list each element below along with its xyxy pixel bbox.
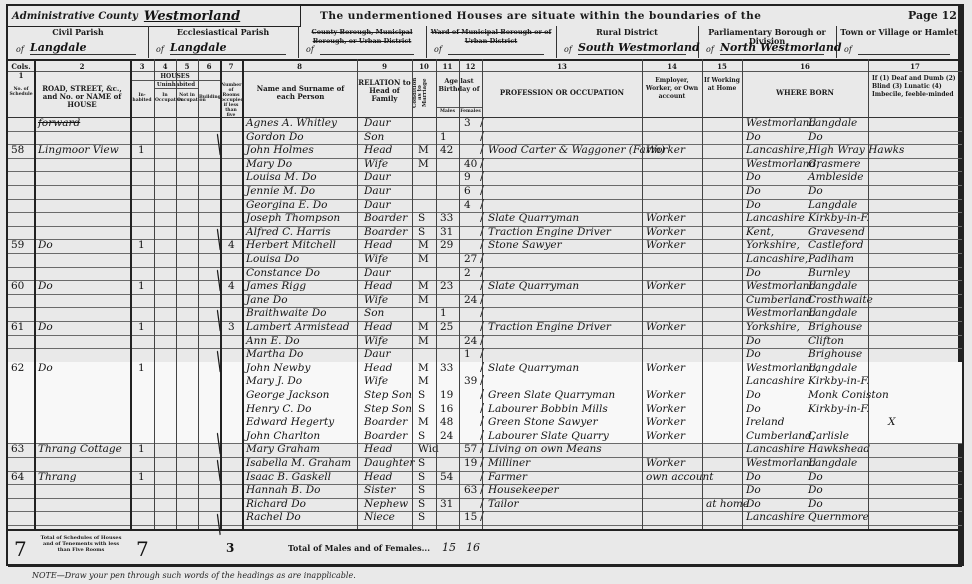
table-row: Georgina E. DoDaur4DoLangdale/: [8, 199, 962, 213]
row-address: Lingmoor View: [38, 144, 119, 156]
census-page: Administrative County Westmorland The un…: [0, 0, 972, 584]
row-name: John Newby: [246, 362, 310, 374]
row-relation: Head: [364, 280, 392, 292]
row-condition: M: [418, 362, 429, 374]
row-name: Herbert Mitchell: [246, 239, 336, 251]
row-occupation: Slate Quarryman: [488, 362, 579, 374]
row-age-females: 24: [464, 335, 477, 347]
col-num-4: 4: [154, 62, 176, 71]
row-born-county: Lancashire: [746, 212, 805, 224]
table-row: George JacksonStep SonS19Green Slate Qua…: [8, 389, 962, 403]
row-condition: S: [418, 226, 425, 238]
row-age-males: 33: [440, 362, 453, 374]
row-born-county: Westmorland: [746, 117, 816, 129]
totals-schedules-label: Total of Schedules of Houses and of Tene…: [36, 535, 126, 553]
row-born-place: Hawkshead: [808, 443, 870, 455]
row-born-place: Gravesend: [808, 226, 865, 238]
column-divider: [742, 59, 743, 529]
row-relation: Wife: [364, 335, 388, 347]
row-condition: S: [418, 430, 425, 442]
row-condition: M: [418, 280, 429, 292]
row-occupation: Green Slate Quarryman: [488, 389, 615, 401]
row-born-place: Castleford: [808, 239, 863, 251]
row-occupation: Living on own Means: [488, 443, 602, 455]
row-name: Mary Graham: [246, 443, 320, 455]
row-age-females: 19: [464, 457, 477, 469]
row-relation: Nephew: [364, 498, 408, 510]
row-address: Thrang Cottage: [38, 443, 122, 455]
header-building: Building: [199, 95, 219, 100]
row-age-females: 24: [464, 294, 477, 306]
page-number: Page 12: [908, 9, 957, 22]
row-born-county: Do: [746, 335, 761, 347]
table-row: Louisa M. DoDaur9DoAmbleside/: [8, 171, 962, 185]
row-name: Braithwaite Do: [246, 307, 326, 319]
row-name: Gordon Do: [246, 131, 304, 143]
row-condition: M: [418, 375, 429, 387]
row-born-place: Langdale: [808, 362, 857, 374]
row-relation: Step Son: [364, 403, 412, 415]
table-row: 61Do13Lambert ArmisteadHeadM25Traction E…: [8, 321, 962, 335]
table-row: 64Thrang1Isaac B. GaskellHeadS54Farmerow…: [8, 471, 962, 485]
row-age-males: 42: [440, 144, 453, 156]
row-born-place: Kirkby-in-F.: [808, 212, 869, 224]
row-born-place: Quernmore: [808, 511, 869, 523]
row-address: forward: [38, 117, 80, 129]
row-born-place: Langdale: [808, 117, 857, 129]
row-age-males: 54: [440, 471, 453, 483]
totals-females: 16: [466, 541, 480, 554]
row-age-females: 9: [464, 171, 471, 183]
row-born-place: Do: [808, 185, 823, 197]
row-relation: Niece: [364, 511, 395, 523]
row-schedule: 60: [11, 280, 24, 292]
table-row: Martha DoDaur1DoBrighouse/: [8, 348, 962, 362]
header-occupation: PROFESSION OR OCCUPATION: [484, 89, 640, 97]
row-inhabited: 1: [138, 443, 145, 455]
header-where-born: WHERE BORN: [744, 89, 866, 97]
row-age-females: 3: [464, 117, 471, 129]
page-title: The undermentioned Houses are situate wi…: [320, 10, 761, 22]
row-relation: Boarder: [364, 430, 407, 442]
row-occupation: Slate Quarryman: [488, 212, 579, 224]
row-relation: Daur: [364, 199, 390, 211]
row-condition: S: [418, 389, 425, 401]
row-occupation: Housekeeper: [488, 484, 559, 496]
row-condition: S: [418, 511, 425, 523]
row-born-county: Lancashire,: [746, 144, 808, 156]
row-relation: Wife: [364, 253, 388, 265]
row-born-county: Lancashire: [746, 443, 805, 455]
row-name: Jennie M. Do: [246, 185, 315, 197]
row-occupation: Traction Engine Driver: [488, 321, 611, 333]
row-born-place: Do: [808, 131, 823, 143]
row-relation: Head: [364, 362, 392, 374]
row-relation: Daur: [364, 171, 390, 183]
row-relation: Daur: [364, 117, 390, 129]
col-num-6: 6: [198, 62, 220, 71]
column-divider: [412, 59, 413, 529]
row-name: George Jackson: [246, 389, 329, 401]
row-employment: Worker: [646, 430, 685, 442]
totals-row: 7 Total of Schedules of Houses and of Te…: [8, 529, 962, 567]
row-relation: Boarder: [364, 226, 407, 238]
col-num-11: 11: [436, 62, 459, 71]
row-name: Hannah B. Do: [246, 484, 320, 496]
row-employment: Worker: [646, 212, 685, 224]
column-divider: [459, 59, 460, 529]
row-age-females: 6: [464, 185, 471, 197]
row-age-males: 1: [440, 131, 447, 143]
row-rooms: 4: [228, 280, 235, 292]
row-inhabited: 1: [138, 280, 145, 292]
row-relation: Head: [364, 443, 392, 455]
row-age-females: 4: [464, 199, 471, 211]
row-name: Edward Hegerty: [246, 416, 334, 428]
row-occupation: Green Stone Sawyer: [488, 416, 598, 428]
column-divider: [176, 59, 177, 529]
row-age-males: 19: [440, 389, 453, 401]
table-row: Isabella M. GrahamDaughterS19MillinerWor…: [8, 457, 962, 471]
row-condition: M: [418, 294, 429, 306]
row-age-females: 40: [464, 158, 477, 170]
row-condition: S: [418, 484, 425, 496]
row-address: Do: [38, 321, 53, 333]
district-parliamentary: Parliamentary Borough or Division of Nor…: [698, 26, 837, 58]
col-num-8: 8: [242, 62, 357, 71]
row-employment: Worker: [646, 144, 685, 156]
row-name: Rachel Do: [246, 511, 301, 523]
col-num-14: 14: [642, 62, 702, 71]
row-born-county: Ireland: [746, 416, 784, 428]
row-name: Isaac B. Gaskell: [246, 471, 331, 483]
row-employment: Worker: [646, 403, 685, 415]
row-name: Mary J. Do: [246, 375, 302, 387]
census-table: Cols. 1 2 3 4 5 6 7 8 9 10 11 12 13 14 1…: [8, 59, 962, 565]
row-address: Do: [38, 280, 53, 292]
row-relation: Wife: [364, 375, 388, 387]
row-employment: Worker: [646, 362, 685, 374]
row-born-place: Langdale: [808, 457, 857, 469]
row-age-males: 24: [440, 430, 453, 442]
column-divider: [220, 59, 222, 529]
table-row: Mary DoWifeM40Westmorland,Grasmere/: [8, 158, 962, 172]
table-row: Rachel DoNieceS15LancashireQuernmore/: [8, 511, 962, 525]
row-employment: Worker: [646, 280, 685, 292]
table-row: Jennie M. DoDaur6DoDo/: [8, 185, 962, 199]
column-divider: [198, 59, 199, 529]
row-born-county: Do: [746, 348, 761, 360]
row-age-males: 25: [440, 321, 453, 333]
row-relation: Daur: [364, 185, 390, 197]
table-row: Constance DoDaur2DoBurnley/: [8, 267, 962, 281]
district-civil-parish: Civil Parish of Langdale: [8, 26, 149, 58]
row-age-females: 57: [464, 443, 477, 455]
row-born-county: Cumberland,: [746, 430, 815, 442]
row-name: Joseph Thompson: [246, 212, 340, 224]
header-relation: RELATION to Head of Family: [358, 79, 411, 103]
row-schedule: 61: [11, 321, 24, 333]
row-inhabited: 1: [138, 239, 145, 251]
table-row: Ann E. DoWifeM24DoClifton/: [8, 335, 962, 349]
table-row: Henry C. DoStep SonS16Labourer Bobbin Mi…: [8, 403, 962, 417]
row-employment: Worker: [646, 226, 685, 238]
row-inhabited: 1: [138, 321, 145, 333]
row-born-place: Langdale: [808, 280, 857, 292]
row-condition: M: [418, 158, 429, 170]
row-age-females: 1: [464, 348, 471, 360]
table-row: 59Do14Herbert MitchellHeadM29Stone Sawye…: [8, 239, 962, 253]
row-infirmity: X: [888, 416, 895, 428]
column-divider: [868, 59, 869, 529]
row-name: Isabella M. Graham: [246, 457, 351, 469]
row-age-males: 48: [440, 416, 453, 428]
row-born-county: Lancashire,: [746, 253, 808, 265]
row-born-county: Do: [746, 471, 761, 483]
row-condition: M: [418, 335, 429, 347]
row-born-county: Lancashire: [746, 511, 805, 523]
row-name: Martha Do: [246, 348, 303, 360]
table-row: 63Thrang Cottage1Mary GrahamHeadWid57Liv…: [8, 443, 962, 457]
row-born-place: Langdale: [808, 199, 857, 211]
row-rooms: 4: [228, 239, 235, 251]
row-age-males: 16: [440, 403, 453, 415]
row-born-place: Do: [808, 484, 823, 496]
row-born-county: Westmorland: [746, 307, 816, 319]
district-county-borough: County Borough, Municipal Borough, or Ur…: [298, 26, 427, 58]
row-born-place: Grasmere: [808, 158, 860, 170]
header-name: Name and Surname of each Person: [248, 85, 353, 101]
header-females: Females: [459, 109, 482, 114]
column-divider: [242, 59, 244, 529]
row-relation: Daughter: [364, 457, 414, 469]
column-divider: [702, 59, 703, 529]
table-row: Richard DoNephewS31Tailorat homeDoDo/: [8, 498, 962, 512]
row-age-females: 39: [464, 375, 477, 387]
row-born-county: Do: [746, 171, 761, 183]
row-relation: Head: [364, 239, 392, 251]
footer-note: NOTE—Draw your pen through such words of…: [32, 571, 356, 580]
header-condition: Condition as to Marriage: [413, 75, 435, 111]
administrative-county-box: Administrative County Westmorland: [8, 6, 301, 27]
row-inhabited: 1: [138, 362, 145, 374]
row-born-place: Do: [808, 471, 823, 483]
row-born-place: Kirkby-in-F.: [808, 375, 869, 387]
row-rooms: 3: [228, 321, 235, 333]
row-born-county: Do: [746, 403, 761, 415]
row-born-place: High Wray Hawks: [808, 144, 904, 156]
col-num-3: 3: [130, 62, 154, 71]
row-schedule: 58: [11, 144, 24, 156]
header-in-occupation: In Occupation: [155, 93, 175, 103]
row-occupation: Stone Sawyer: [488, 239, 562, 251]
col-num-9: 9: [357, 62, 412, 71]
column-divider: [34, 59, 36, 529]
row-name: Agnes A. Whitley: [246, 117, 337, 129]
header-males: Males: [436, 109, 459, 114]
row-born-place: Monk Coniston: [808, 389, 889, 401]
table-row: Joseph ThompsonBoarderS33Slate Quarryman…: [8, 212, 962, 226]
row-employment: Worker: [646, 416, 685, 428]
row-condition: M: [418, 144, 429, 156]
table-row: forwardAgnes A. WhitleyDaur3WestmorlandL…: [8, 117, 962, 131]
district-ward: Ward of Municipal Borough or of Urban Di…: [426, 26, 557, 58]
row-condition: M: [418, 321, 429, 333]
header-employment: Employer, Worker, or Own account: [644, 77, 700, 101]
row-age-males: 33: [440, 212, 453, 224]
row-born-county: Do: [746, 199, 761, 211]
row-employment: Worker: [646, 321, 685, 333]
row-age-males: 31: [440, 226, 453, 238]
col-num-15: 15: [702, 62, 742, 71]
row-occupation: Wood Carter & Waggoner (Farm): [488, 144, 665, 156]
col-num-7: 7: [220, 62, 242, 71]
row-address: Do: [38, 239, 53, 251]
row-age-females: 63: [464, 484, 477, 496]
row-born-county: Westmorland: [746, 457, 816, 469]
row-born-place: Ambleside: [808, 171, 864, 183]
column-divider: [130, 59, 132, 529]
row-name: Alfred C. Harris: [246, 226, 331, 238]
row-born-place: Burnley: [808, 267, 850, 279]
table-row: Mary J. DoWifeM39LancashireKirkby-in-F./: [8, 375, 962, 389]
row-relation: Sister: [364, 484, 395, 496]
row-name: Mary Do: [246, 158, 292, 170]
row-born-county: Yorkshire,: [746, 239, 800, 251]
table-row: Edward HegertyBoarderM48Green Stone Sawy…: [8, 416, 962, 430]
row-relation: Son: [364, 307, 384, 319]
row-occupation: Traction Engine Driver: [488, 226, 611, 238]
district-ecclesiastical-parish: Ecclesiastical Parish of Langdale: [148, 26, 299, 58]
header-inhabited: In-habited: [131, 93, 153, 103]
row-employment: Worker: [646, 457, 685, 469]
row-age-females: 27: [464, 253, 477, 265]
column-divider: [436, 59, 437, 529]
row-name: John Charlton: [246, 430, 320, 442]
row-name: Georgina E. Do: [246, 199, 327, 211]
row-born-county: Do: [746, 185, 761, 197]
row-schedule: 62: [11, 362, 24, 374]
table-row: Braithwaite DoSon1WestmorlandLangdale/: [8, 307, 962, 321]
header-infirmity: If (1) Deaf and Dumb (2) Blind (3) Lunat…: [872, 75, 960, 99]
row-inhabited: 1: [138, 471, 145, 483]
col-num-16: 16: [742, 62, 868, 71]
row-relation: Boarder: [364, 416, 407, 428]
row-born-county: Do: [746, 498, 761, 510]
col-num-13: 13: [482, 62, 642, 71]
row-address: Do: [38, 362, 53, 374]
table-header: Cols. 1 2 3 4 5 6 7 8 9 10 11 12 13 14 1…: [8, 59, 962, 118]
district-town: Town or Village or Hamlet of: [836, 26, 962, 58]
row-age-males: 1: [440, 307, 447, 319]
table-row: 58Lingmoor View1John HolmesHeadM42Wood C…: [8, 144, 962, 158]
row-age-males: 29: [440, 239, 453, 251]
col-num-17: 17: [868, 62, 962, 71]
administrative-county-label: Administrative County: [12, 11, 138, 22]
totals-inhabited: 7: [136, 537, 149, 561]
row-name: Louisa Do: [246, 253, 299, 265]
row-name: James Rigg: [246, 280, 306, 292]
row-relation: Daur: [364, 348, 390, 360]
header-schedule: No. of Schedule: [9, 87, 33, 97]
table-row: 60Do14James RiggHeadM23Slate QuarrymanWo…: [8, 280, 962, 294]
row-born-place: Brighouse: [808, 348, 862, 360]
row-condition: S: [418, 457, 425, 469]
row-occupation: Labourer Bobbin Mills: [488, 403, 608, 415]
row-born-county: Do: [746, 131, 761, 143]
row-condition: S: [418, 498, 425, 510]
row-born-place: Crosthwaite: [808, 294, 873, 306]
row-born-place: Langdale: [808, 307, 857, 319]
row-name: Ann E. Do: [246, 335, 300, 347]
row-employment: Worker: [646, 239, 685, 251]
row-relation: Wife: [364, 158, 388, 170]
header-rooms: Number of Rooms occupied if less than fi…: [221, 83, 241, 118]
table-row: John CharltonBoarderS24Labourer Slate Qu…: [8, 430, 962, 444]
table-row: Jane DoWifeM24CumberlandCrosthwaite/: [8, 294, 962, 308]
row-born-county: Do: [746, 389, 761, 401]
table-row: Alfred C. HarrisBoarderS31Traction Engin…: [8, 226, 962, 240]
row-name: John Holmes: [246, 144, 314, 156]
district-row: Civil Parish of Langdale Ecclesiastical …: [8, 26, 962, 58]
row-relation: Step Son: [364, 389, 412, 401]
col-num-2: 2: [34, 62, 130, 71]
row-born-county: Westmorland: [746, 280, 816, 292]
row-occupation: Milliner: [488, 457, 530, 469]
totals-schedules: 7: [14, 537, 27, 561]
totals-label: Total of Males and of Females...: [288, 543, 430, 553]
column-divider: [154, 59, 155, 529]
row-condition: M: [418, 416, 429, 428]
row-born-place: Padiham: [808, 253, 854, 265]
row-schedule: 59: [11, 239, 24, 251]
header-at-home: If Working at Home: [704, 77, 740, 93]
row-relation: Wife: [364, 294, 388, 306]
row-relation: Head: [364, 471, 392, 483]
row-born-county: Kent,: [746, 226, 774, 238]
row-inhabited: 1: [138, 144, 145, 156]
header-address: ROAD, STREET, &c., and No. or NAME of HO…: [36, 85, 128, 109]
row-born-county: Do: [746, 484, 761, 496]
column-divider: [482, 59, 483, 529]
column-divider: [642, 59, 643, 529]
table-row: Louisa DoWifeM27Lancashire,Padiham/: [8, 253, 962, 267]
col-num-12: 12: [459, 62, 482, 71]
row-condition: S: [418, 471, 425, 483]
row-schedule: 63: [11, 443, 24, 455]
row-born-place: Do: [808, 498, 823, 510]
row-age-males: 31: [440, 498, 453, 510]
row-name: Richard Do: [246, 498, 306, 510]
row-born-county: Cumberland: [746, 294, 812, 306]
row-address: Thrang: [38, 471, 77, 483]
row-name: Louisa M. Do: [246, 171, 317, 183]
table-row: Gordon DoSon1DoDo/: [8, 131, 962, 145]
row-name: Lambert Armistead: [246, 321, 349, 333]
totals-males: 15: [442, 541, 456, 554]
row-relation: Daur: [364, 267, 390, 279]
row-age-males: 23: [440, 280, 453, 292]
header-not-in-occupation: Not in Occupation: [177, 93, 197, 103]
row-born-county: Yorkshire,: [746, 321, 800, 333]
row-condition: S: [418, 403, 425, 415]
row-occupation: Labourer Slate Quarry: [488, 430, 609, 442]
row-condition: M: [418, 239, 429, 251]
row-born-place: Kirkby-in-F.: [808, 403, 869, 415]
table-row: 62Do1John NewbyHeadM33Slate QuarrymanWor…: [8, 362, 962, 376]
row-relation: Head: [364, 144, 392, 156]
row-born-place: Clifton: [808, 335, 844, 347]
